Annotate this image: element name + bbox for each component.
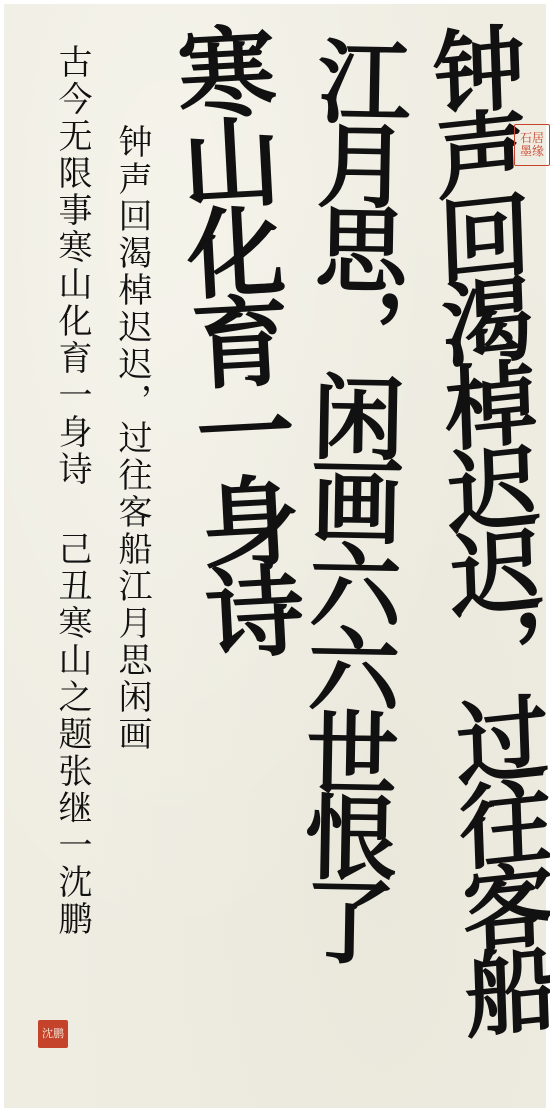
calligraphy-paper: 钟声回渴棹迟迟，过往客船 江月思，闲画六六世恨了 寒山化育一身诗 钟声回渴棹迟迟… (4, 4, 546, 1108)
seal-bottom-left: 沈鹏 (38, 1020, 68, 1048)
seal-top-right: 石居墨缘 (514, 124, 550, 166)
inscription-column-2: 古今无限事寒山化育一身诗 己丑寒山之题张继一沈鹏 (48, 44, 97, 938)
main-text-column-1: 钟声回渴棹迟迟，过往客船 (404, 17, 550, 1036)
inscription-column-1: 钟声回渴棹迟迟，过往客船江月思闲画 (108, 124, 157, 753)
